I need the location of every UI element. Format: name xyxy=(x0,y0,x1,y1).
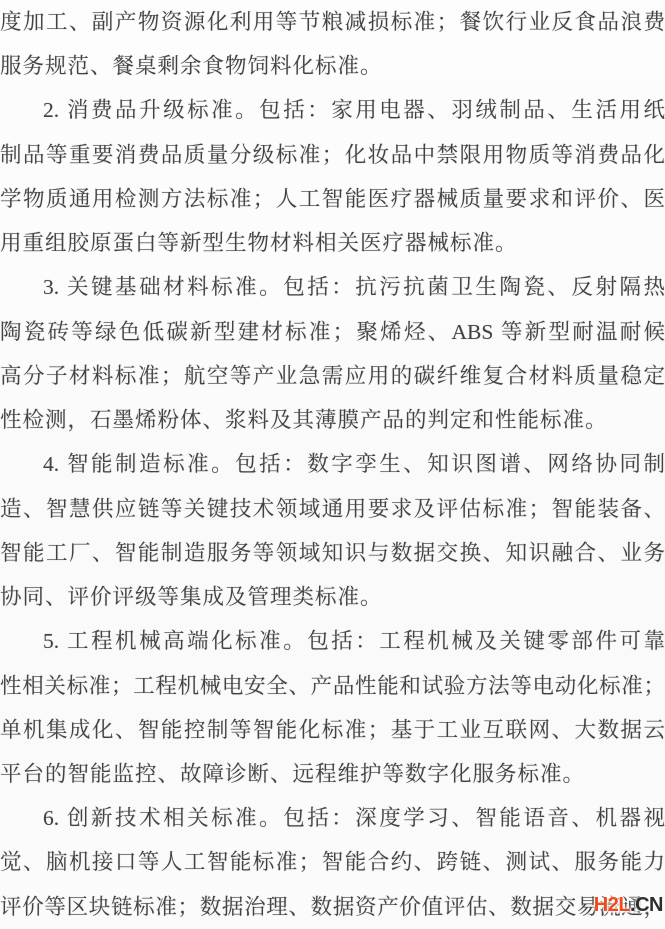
text-line-item-4: 4. 智能制造标准。包括：数字孪生、知识图谱、网络协同制 xyxy=(0,442,665,486)
text-line: 学物质通用检测方法标准；人工智能医疗器械质量要求和评价、医 xyxy=(0,177,665,221)
text-line-item-3: 3. 关键基础材料标准。包括：抗污抗菌卫生陶瓷、反射隔热 xyxy=(0,265,665,309)
text-line: 平台的智能监控、故障诊断、远程维护等数字化服务标准。 xyxy=(0,752,665,796)
text-line: 智能工厂、智能制造服务等领域知识与数据交换、知识融合、业务 xyxy=(0,531,665,575)
text-line: 度加工、副产物资源化利用等节粮减损标准；餐饮行业反食品浪费 xyxy=(0,0,665,44)
text-line-item-2: 2. 消费品升级标准。包括：家用电器、羽绒制品、生活用纸 xyxy=(0,88,665,132)
text-line: 制品等重要消费品质量分级标准；化妆品中禁限用物质等消费品化 xyxy=(0,133,665,177)
text-line: 陶瓷砖等绿色低碳新型建材标准；聚烯烃、ABS 等新型耐温耐候 xyxy=(0,310,665,354)
text-line: 性检测，石墨烯粉体、浆料及其薄膜产品的判定和性能标准。 xyxy=(0,398,665,442)
text-line: 评价等区块链标准；数据治理、数据资产价值评估、数据交易流通， xyxy=(0,885,665,929)
watermark-suffix: .CN xyxy=(630,894,663,916)
text-line: 性相关标准；工程机械电安全、产品性能和试验方法等电动化标准； xyxy=(0,664,665,708)
text-line-item-6: 6. 创新技术相关标准。包括：深度学习、智能语音、机器视 xyxy=(0,796,665,840)
text-line: 单机集成化、智能控制等智能化标准；基于工业互联网、大数据云 xyxy=(0,708,665,752)
text-line: 协同、评价评级等集成及管理类标准。 xyxy=(0,575,665,619)
text-line: 用重组胶原蛋白等新型生物材料相关医疗器械标准。 xyxy=(0,221,665,265)
document-page: 度加工、副产物资源化利用等节粮减损标准；餐饮行业反食品浪费 服务规范、餐桌剩余食… xyxy=(0,0,665,929)
text-line-item-5: 5. 工程机械高端化标准。包括：工程机械及关键零部件可靠 xyxy=(0,619,665,663)
text-line: 高分子材料标准；航空等产业急需应用的碳纤维复合材料质量稳定 xyxy=(0,354,665,398)
site-watermark: H2L.CN xyxy=(594,894,663,917)
text-line: 造、智慧供应链等关键技术领域通用要求及评估标准；智能装备、 xyxy=(0,487,665,531)
watermark-primary: H2L xyxy=(594,894,630,916)
text-line: 服务规范、餐桌剩余食物饲料化标准。 xyxy=(0,44,665,88)
text-line: 觉、脑机接口等人工智能标准；智能合约、跨链、测试、服务能力 xyxy=(0,840,665,884)
